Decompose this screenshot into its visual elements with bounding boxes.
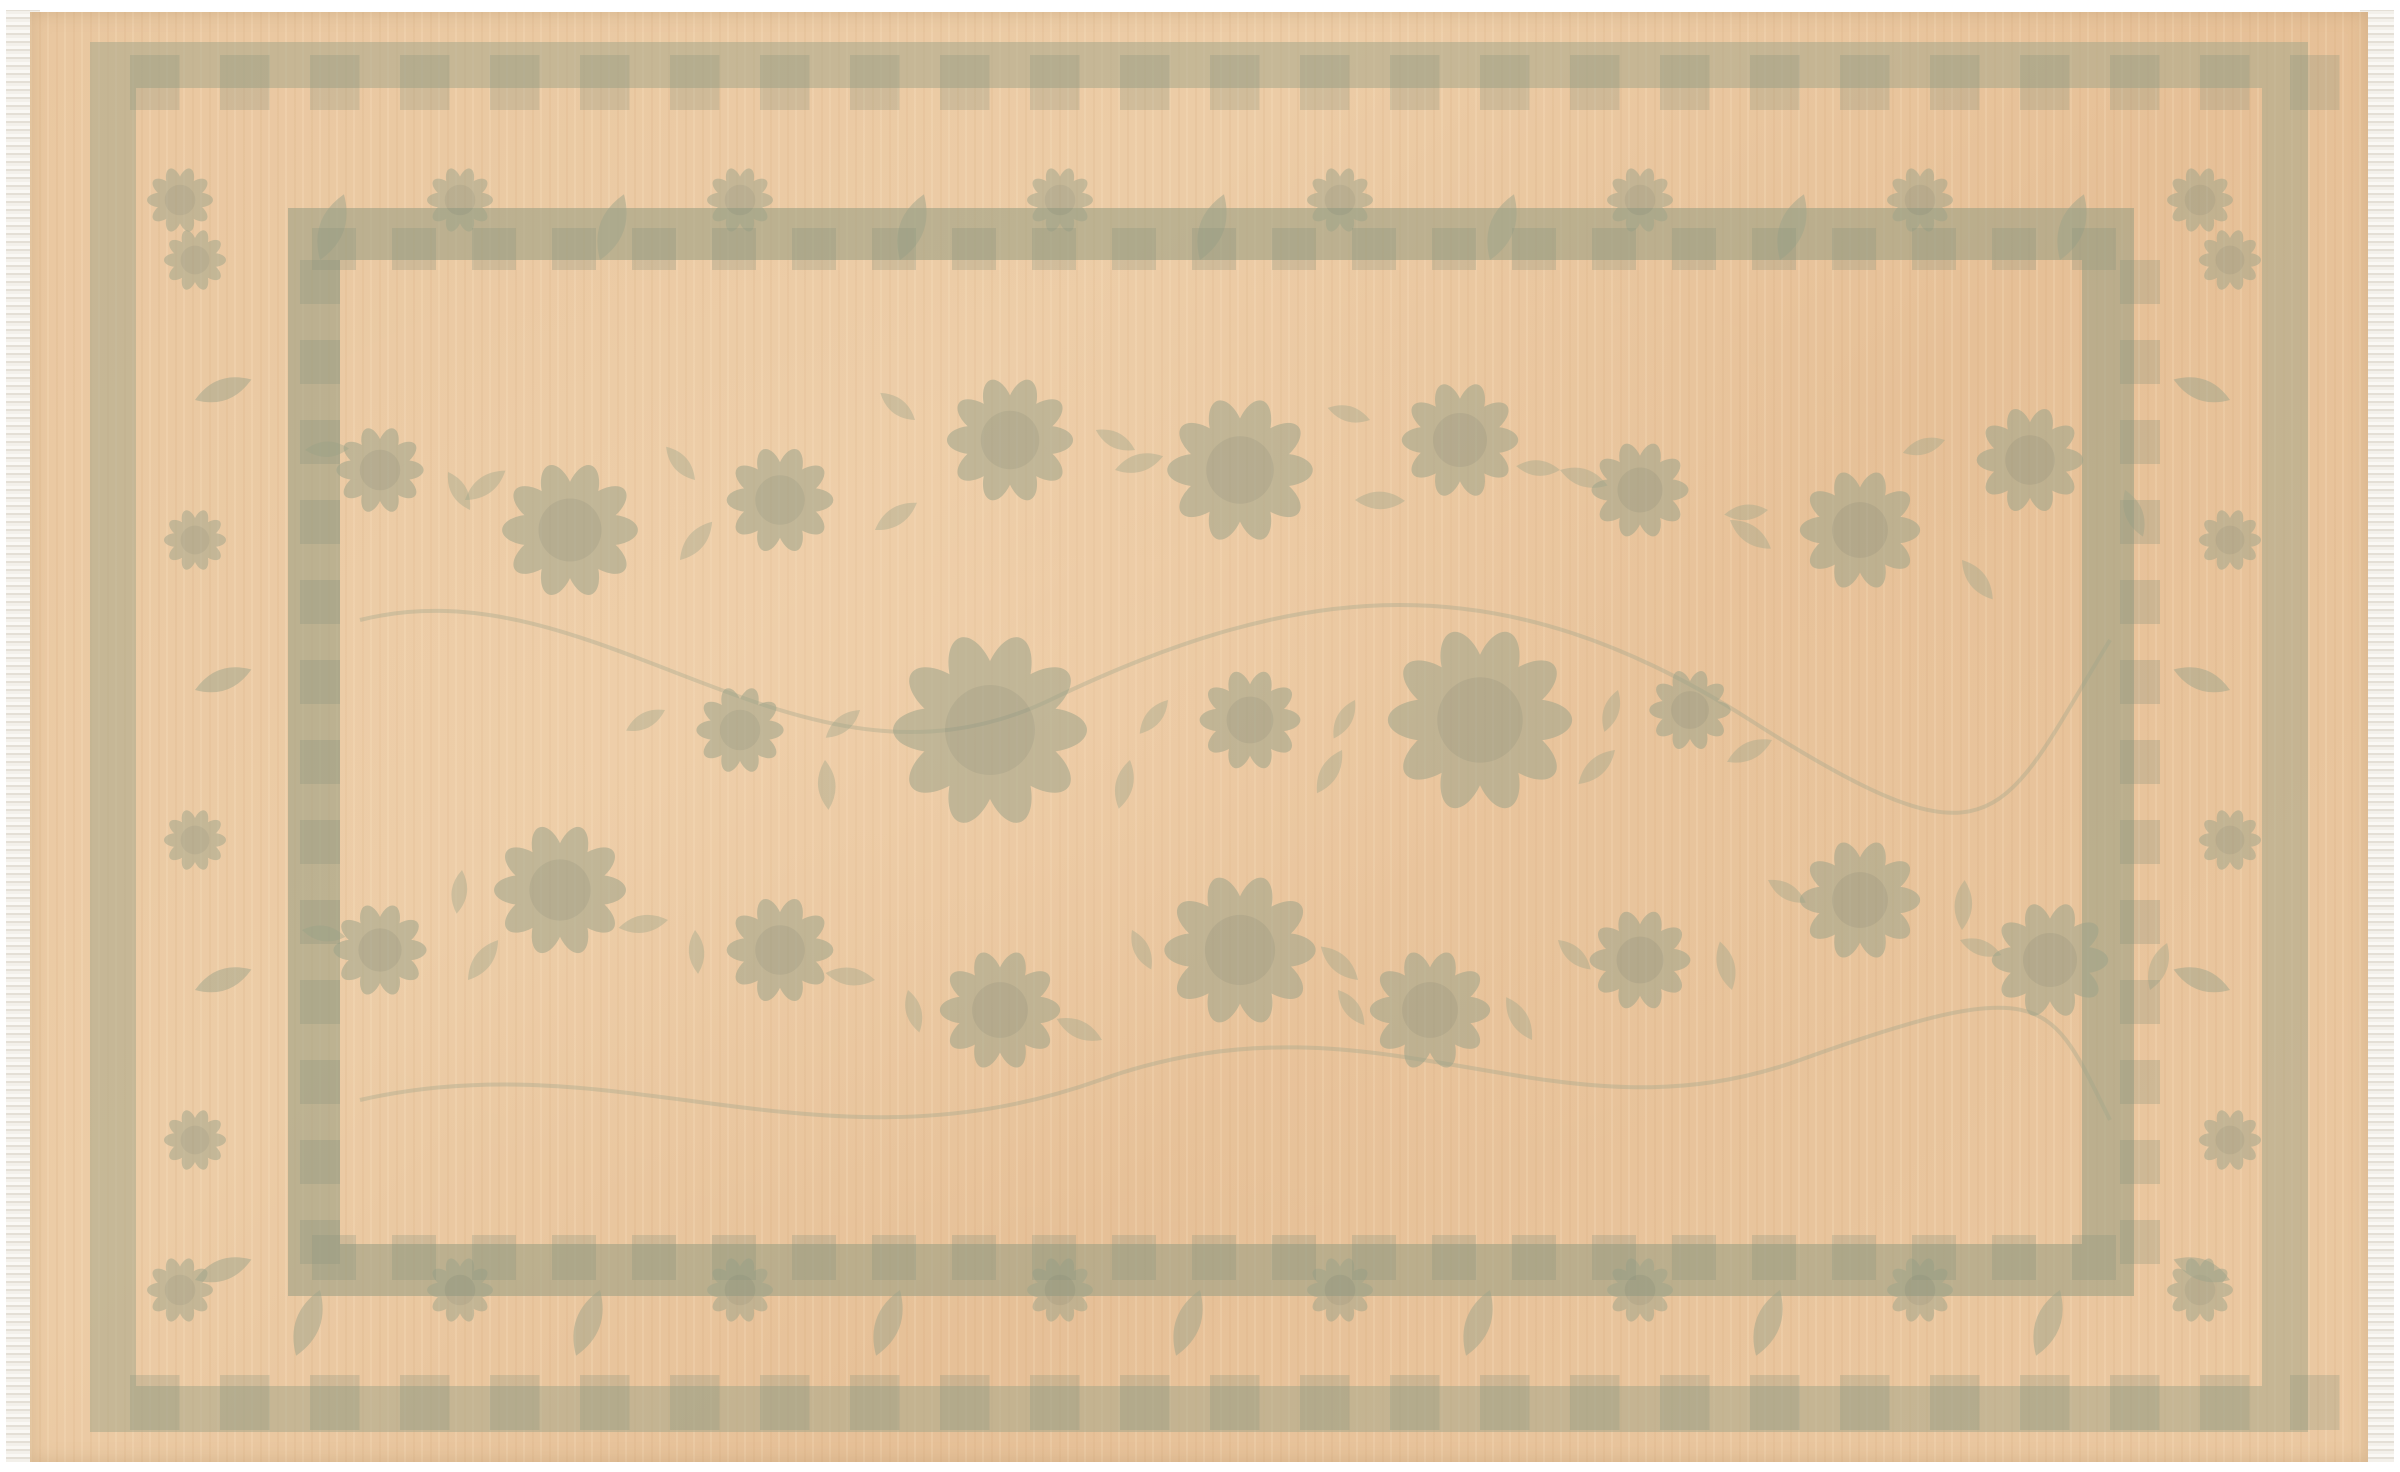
- rosette-motif: [1200, 668, 1301, 771]
- border-glyph: [400, 55, 450, 110]
- rug-photo: Hand-knotted oriental rug (Oushak/Ziegle…: [0, 0, 2400, 1472]
- border-glyph: [1432, 1235, 1476, 1280]
- border-glyph: [940, 1375, 990, 1430]
- rosette-motif: [164, 228, 226, 291]
- border-glyph: [300, 580, 340, 624]
- border-glyph: [792, 1235, 836, 1280]
- rosette-motif: [1590, 908, 1691, 1011]
- rosette-motif: [1800, 839, 1920, 962]
- leaf-motif: [901, 988, 927, 1034]
- leaf-motif: [1455, 1286, 1502, 1360]
- border-glyph: [1192, 228, 1236, 270]
- border-glyph: [300, 420, 340, 464]
- rosette-motif: [164, 808, 226, 871]
- border-glyph: [1192, 1235, 1236, 1280]
- border-glyph: [300, 900, 340, 944]
- rosette-motif: [1887, 166, 1953, 233]
- rosette-motif: [336, 425, 423, 514]
- leaf-motif: [1955, 555, 2000, 605]
- border-glyph: [850, 1375, 900, 1430]
- leaf-motif: [1315, 940, 1364, 986]
- border-glyph: [1480, 1375, 1530, 1430]
- leaf-motif: [2025, 1286, 2072, 1360]
- leaf-motif: [1125, 927, 1158, 973]
- leaf-motif: [1053, 1011, 1106, 1048]
- border-glyph: [1480, 55, 1530, 110]
- border-glyph: [2020, 1375, 2070, 1430]
- rosette-motif: [1992, 901, 2108, 1020]
- rosette-motif: [164, 508, 226, 571]
- leaf-motif: [1723, 732, 1776, 770]
- border-glyph: [1352, 228, 1396, 270]
- border-glyph: [1432, 228, 1476, 270]
- border-glyph: [2120, 420, 2160, 464]
- border-glyph: [2072, 1235, 2116, 1280]
- border-glyph: [1992, 228, 2036, 270]
- border-glyph: [2120, 820, 2160, 864]
- leaf-motif: [824, 964, 876, 988]
- border-glyph: [2290, 55, 2340, 110]
- border-glyph: [792, 228, 836, 270]
- border-glyph: [1112, 228, 1156, 270]
- border-glyph: [1030, 55, 1080, 110]
- border-glyph: [300, 500, 340, 544]
- rosette-motif: [147, 1256, 213, 1323]
- border-glyph: [1660, 1375, 1710, 1430]
- border-glyph: [2200, 1375, 2250, 1430]
- border-glyph: [2120, 1140, 2160, 1184]
- rosette-motif: [1649, 668, 1730, 751]
- rosette-motif: [1977, 406, 2084, 515]
- border-glyph: [220, 55, 270, 110]
- border-glyph: [130, 55, 180, 110]
- rosette-motif: [1607, 166, 1673, 233]
- rosette-motif: [1167, 396, 1313, 545]
- border-glyph: [490, 55, 540, 110]
- border-glyph: [220, 1375, 270, 1430]
- leaf-motif: [623, 703, 669, 737]
- border-glyph: [1512, 228, 1556, 270]
- border-glyph: [580, 1375, 630, 1430]
- border-glyph: [310, 1375, 360, 1430]
- border-glyph: [760, 1375, 810, 1430]
- border-glyph: [1832, 1235, 1876, 1280]
- border-glyph: [300, 260, 340, 304]
- leaf-motif: [1165, 1286, 1212, 1360]
- border-glyph: [300, 340, 340, 384]
- border-glyph: [1030, 1375, 1080, 1430]
- rosette-motif: [2199, 228, 2261, 291]
- leaf-motif: [876, 387, 920, 426]
- border-glyph: [1750, 1375, 1800, 1430]
- leaf-motif: [2170, 960, 2234, 1000]
- leaf-motif: [449, 869, 470, 915]
- border-glyph: [2120, 900, 2160, 944]
- border-glyph: [1570, 55, 1620, 110]
- border-glyph: [1032, 228, 1076, 270]
- leaf-motif: [1092, 423, 1138, 457]
- border-glyph: [1300, 55, 1350, 110]
- leaf-motif: [2170, 370, 2234, 410]
- border-glyph: [1112, 1235, 1156, 1280]
- border-glyph: [1512, 1235, 1556, 1280]
- border-glyph: [472, 1235, 516, 1280]
- rosette-motif: [1164, 873, 1315, 1028]
- leaf-motif: [1597, 688, 1625, 735]
- leaf-motif: [461, 935, 505, 985]
- leaf-motif: [1332, 985, 1371, 1029]
- border-glyph: [2120, 340, 2160, 384]
- leaf-motif: [1326, 400, 1373, 427]
- rosette-motif: [164, 1108, 226, 1171]
- border-glyph: [1992, 1235, 2036, 1280]
- border-glyph: [2120, 740, 2160, 784]
- border-glyph: [1912, 228, 1956, 270]
- border-glyph: [952, 1235, 996, 1280]
- rosette-motif: [2199, 808, 2261, 871]
- border-glyph: [1672, 1235, 1716, 1280]
- border-glyph: [872, 228, 916, 270]
- border-glyph: [300, 660, 340, 704]
- rosette-motif: [333, 902, 426, 997]
- rosette-motif: [2199, 508, 2261, 571]
- border-glyph: [850, 55, 900, 110]
- border-glyph: [712, 228, 756, 270]
- rosette-motif: [727, 446, 834, 555]
- border-glyph: [300, 1060, 340, 1104]
- border-glyph: [670, 55, 720, 110]
- border-glyph: [760, 55, 810, 110]
- border-glyph: [1832, 228, 1876, 270]
- border-glyph: [1912, 1235, 1956, 1280]
- border-glyph: [300, 980, 340, 1024]
- border-glyph: [400, 1375, 450, 1430]
- border-glyph: [2110, 1375, 2160, 1430]
- border-glyph: [2110, 55, 2160, 110]
- border-glyph: [392, 228, 436, 270]
- leaf-motif: [660, 442, 700, 485]
- leaf-motif: [1113, 448, 1166, 479]
- border-glyph: [2020, 55, 2070, 110]
- border-glyph: [2120, 980, 2160, 1024]
- leaf-motif: [1953, 880, 1973, 931]
- rosette-motif: [1388, 626, 1572, 814]
- border-glyph: [490, 1375, 540, 1430]
- leaf-motif: [1572, 744, 1621, 791]
- border-glyph: [2120, 500, 2160, 544]
- leaf-motif: [2170, 660, 2234, 700]
- leaf-motif: [617, 911, 669, 936]
- rosette-motif: [2199, 1108, 2261, 1171]
- leaf-motif: [816, 759, 837, 810]
- border-glyph: [1390, 1375, 1440, 1430]
- rosette-motif: [1800, 469, 1920, 592]
- border-glyph: [552, 228, 596, 270]
- border-glyph: [1750, 55, 1800, 110]
- border-glyph: [2120, 1060, 2160, 1104]
- rosette-motif: [1402, 381, 1518, 500]
- leaf-motif: [870, 495, 921, 537]
- leaf-motif: [191, 660, 255, 700]
- rosette-motif: [1592, 440, 1689, 539]
- border-glyph: [1840, 55, 1890, 110]
- floral-motifs: [0, 0, 2400, 1472]
- border-glyph: [1032, 1235, 1076, 1280]
- border-glyph: [300, 1220, 340, 1264]
- leaf-motif: [285, 1286, 332, 1360]
- border-glyph: [1570, 1375, 1620, 1430]
- leaf-motif: [1309, 746, 1349, 798]
- border-glyph: [2120, 660, 2160, 704]
- border-glyph: [300, 740, 340, 784]
- border-glyph: [300, 1140, 340, 1184]
- border-glyph: [1272, 1235, 1316, 1280]
- border-glyph: [952, 228, 996, 270]
- rosette-motif: [427, 166, 493, 233]
- border-glyph: [1210, 1375, 1260, 1430]
- border-glyph: [2200, 55, 2250, 110]
- leaf-motif: [1745, 1286, 1792, 1360]
- border-glyph: [940, 55, 990, 110]
- leaf-motif: [1553, 934, 1596, 975]
- border-glyph: [670, 1375, 720, 1430]
- border-glyph: [2072, 228, 2116, 270]
- border-glyph: [632, 1235, 676, 1280]
- rosette-motif: [502, 461, 638, 600]
- border-glyph: [392, 1235, 436, 1280]
- leaf-motif: [1327, 696, 1362, 742]
- border-glyph: [1592, 228, 1636, 270]
- border-glyph: [310, 55, 360, 110]
- border-glyph: [1930, 1375, 1980, 1430]
- border-glyph: [632, 228, 676, 270]
- border-glyph: [1120, 55, 1170, 110]
- border-glyph: [130, 1375, 180, 1430]
- border-glyph: [1672, 228, 1716, 270]
- leaf-motif: [1723, 502, 1768, 522]
- leaf-motif: [191, 960, 255, 1000]
- border-glyph: [872, 1235, 916, 1280]
- border-glyph: [300, 820, 340, 864]
- leaf-motif: [865, 1286, 912, 1360]
- leaf-motif: [1134, 695, 1174, 739]
- rosette-motif: [494, 823, 626, 958]
- leaf-motif: [565, 1286, 612, 1360]
- leaf-motif: [191, 370, 255, 410]
- border-glyph: [2120, 1220, 2160, 1264]
- border-glyph: [1840, 1375, 1890, 1430]
- border-glyph: [580, 55, 630, 110]
- border-glyph: [1752, 1235, 1796, 1280]
- rosette-motif: [147, 166, 213, 233]
- border-glyph: [1120, 1375, 1170, 1430]
- leaf-motif: [687, 929, 705, 974]
- rosette-motif: [2167, 166, 2233, 233]
- border-glyph: [472, 228, 516, 270]
- leaf-motif: [673, 516, 719, 566]
- leaf-motif: [1355, 491, 1405, 509]
- rosette-motif: [707, 166, 773, 233]
- rosette-motif: [727, 896, 834, 1005]
- border-glyph: [2290, 1375, 2340, 1430]
- rosette-motif: [947, 376, 1073, 505]
- rosette-motif: [1027, 166, 1093, 233]
- leaf-motif: [1499, 993, 1540, 1045]
- border-glyph: [1592, 1235, 1636, 1280]
- border-glyph: [552, 1235, 596, 1280]
- leaf-motif: [1110, 758, 1138, 811]
- rosette-motif: [893, 631, 1087, 829]
- border-glyph: [1660, 55, 1710, 110]
- leaf-motif: [1711, 939, 1740, 992]
- border-glyph: [1210, 55, 1260, 110]
- border-glyph: [2120, 580, 2160, 624]
- leaf-motif: [1515, 458, 1560, 477]
- rosette-motif: [940, 949, 1060, 1072]
- border-glyph: [1300, 1375, 1350, 1430]
- border-glyph: [1390, 55, 1440, 110]
- border-glyph: [1930, 55, 1980, 110]
- rosette-motif: [1307, 166, 1373, 233]
- border-glyph: [712, 1235, 756, 1280]
- border-glyph: [2120, 260, 2160, 304]
- border-glyph: [1272, 228, 1316, 270]
- border-glyph: [1752, 228, 1796, 270]
- leaf-motif: [1901, 433, 1948, 461]
- border-glyph: [1352, 1235, 1396, 1280]
